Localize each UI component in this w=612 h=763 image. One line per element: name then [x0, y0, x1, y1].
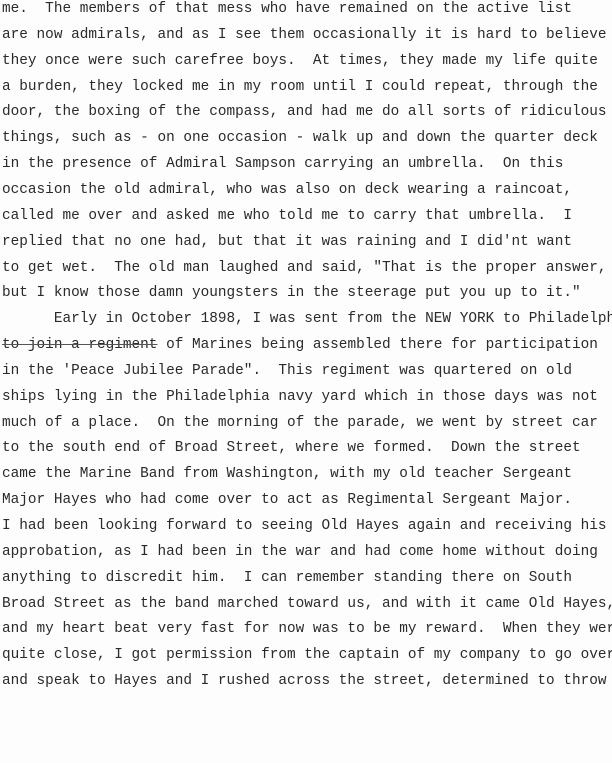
text-line: much of a place. On the morning of the p… — [2, 414, 598, 432]
typewritten-page: me. The members of that mess who have re… — [0, 0, 612, 763]
text-line: are now admirals, and as I see them occa… — [2, 26, 607, 44]
text-line: came the Marine Band from Washington, wi… — [2, 465, 572, 483]
text-line: to the south end of Broad Street, where … — [2, 439, 581, 457]
text-line: I had been looking forward to seeing Old… — [2, 517, 607, 535]
text-line: Broad Street as the band marched toward … — [2, 595, 612, 613]
text-line: me. The members of that mess who have re… — [2, 0, 572, 18]
text-line: a burden, they locked me in my room unti… — [2, 78, 598, 96]
text-line: they once were such carefree boys. At ti… — [2, 52, 598, 70]
text-line: to get wet. The old man laughed and said… — [2, 259, 607, 277]
struck-text: to join a regiment — [2, 337, 157, 353]
text-line: to join a regiment of Marines being asse… — [2, 336, 598, 354]
text-line: in the presence of Admiral Sampson carry… — [2, 155, 563, 173]
text-line: quite close, I got permission from the c… — [2, 646, 612, 664]
text-line: anything to discredit him. I can remembe… — [2, 569, 572, 587]
text-line: in the 'Peace Jubilee Parade". This regi… — [2, 362, 572, 380]
text-line: Early in October 1898, I was sent from t… — [2, 310, 612, 328]
text-line: and my heart beat very fast for now was … — [2, 620, 612, 638]
text-line: but I know those damn youngsters in the … — [2, 284, 581, 302]
text-line: called me over and asked me who told me … — [2, 207, 572, 225]
text-line: and speak to Hayes and I rushed across t… — [2, 672, 607, 690]
line-text: of Marines being assembled there for par… — [157, 337, 597, 353]
text-line: Major Hayes who had come over to act as … — [2, 491, 572, 509]
text-line: approbation, as I had been in the war an… — [2, 543, 598, 561]
text-line: replied that no one had, but that it was… — [2, 233, 572, 251]
text-line: things, such as - on one occasion - walk… — [2, 129, 598, 147]
text-line: ships lying in the Philadelphia navy yar… — [2, 388, 598, 406]
text-line: door, the boxing of the compass, and had… — [2, 103, 607, 121]
text-line: occasion the old admiral, who was also o… — [2, 181, 572, 199]
